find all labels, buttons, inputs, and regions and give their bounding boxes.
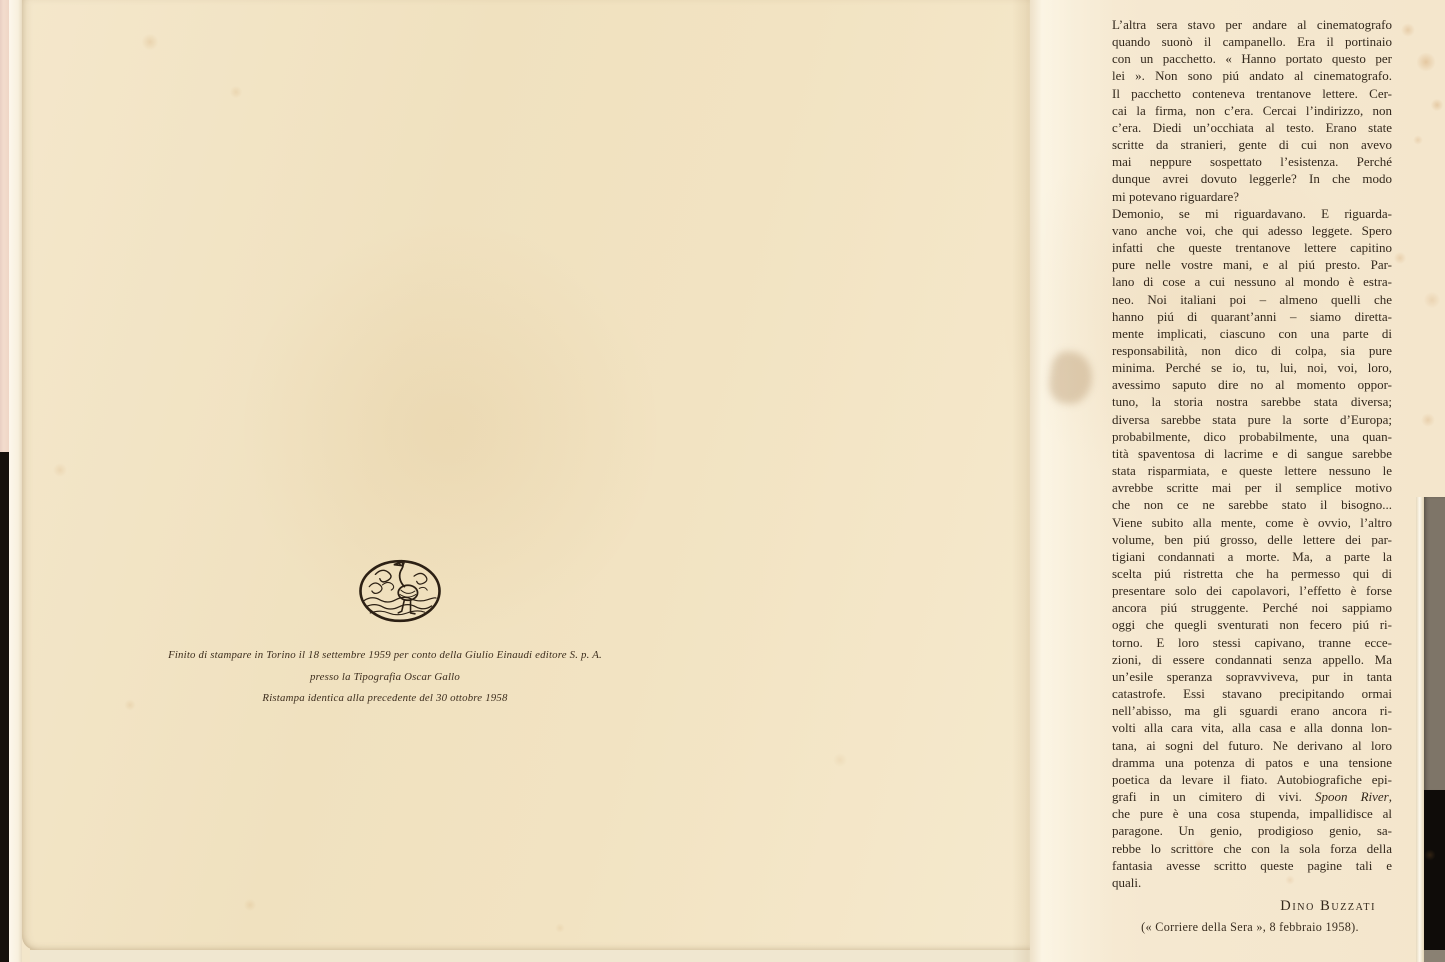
body-text-line: lei ». Non sono piú andato al cinematogr… [1112,67,1392,84]
colophon-line: Finito di stampare in Torino il 18 sette… [150,645,620,667]
body-text-line: nell’abisso, ma gli sguardi erano ancora… [1112,702,1392,719]
background-edge [0,452,9,962]
body-text-line: che non ce ne sarebbe stato il bisogno..… [1112,496,1392,513]
body-text-line: rebbe lo scrittore che con la sola forza… [1112,840,1392,857]
body-text-line: mi potevano riguardare? [1112,188,1392,205]
body-text-line: dramma una potenza di patos e una tensio… [1112,754,1392,771]
body-text-line: avessimo saputo dire no al momento oppor… [1112,376,1392,393]
body-text-line: probabilmente, dico probabilmente, una q… [1112,428,1392,445]
body-text-line: quando suonò il campanello. Era il porti… [1112,33,1392,50]
body-text-line: tana, ai sogni del futuro. Ne derivano a… [1112,737,1392,754]
body-text-line: oggi che quegli sventurati non fecero pi… [1112,616,1392,633]
body-text-line: paragone. Un genio, prodigioso genio, sa… [1112,822,1392,839]
body-text-line: tità spaventosa di lacrime e di sangue s… [1112,445,1392,462]
body-text-line: presentare solo dei capolavori, l’effett… [1112,582,1392,599]
body-text-line: quali. [1112,874,1392,891]
body-text-line: Viene subito alla mente, come è ovvio, l… [1112,514,1392,531]
body-text-line: mente implicati, ciascuno con una parte … [1112,325,1392,342]
flap-text-block: L’altra sera stavo per andare al cinemat… [1112,16,1392,891]
body-text-line: cai la firma, non c’era. Cercai l’indiri… [1112,102,1392,119]
body-text-line: diversa sarebbe stata pure la sorte d’Eu… [1112,411,1392,428]
book-cover-corner [1424,950,1445,962]
body-text-line: poetica da levare il fiato. Autobiografi… [1112,771,1392,788]
book-scan: Finito di stampare in Torino il 18 sette… [0,0,1445,962]
book-cover-black-edge [1424,790,1445,952]
colophon: Finito di stampare in Torino il 18 sette… [150,645,620,710]
body-text-line: un’esile speranza sopravviveva, pur in t… [1112,668,1392,685]
book-cover-gray-edge [1424,497,1445,792]
underlying-page-edge [30,948,1092,962]
body-text-line: Demonio, se mi riguardavano. E riguarda- [1112,205,1392,222]
body-text-line: neo. Noi italiani poi – almeno quelli ch… [1112,291,1392,308]
body-text-line: che pure è una cosa stupenda, impallidis… [1112,805,1392,822]
author-signature: Dino Buzzati [1112,898,1392,915]
body-text-line: hanno piú di quarant’anni – siamo dirett… [1112,308,1392,325]
body-text-line: L’altra sera stavo per andare al cinemat… [1112,16,1392,33]
body-text-line: torno. E loro stessi capivano, tranne ec… [1112,634,1392,651]
body-text-line: volti alla cara vita, alla casa e alla d… [1112,719,1392,736]
left-page [22,0,1030,950]
book-gutter [1012,0,1116,962]
body-text-line: minima. Perché se io, tu, lui, noi, voi,… [1112,359,1392,376]
body-text-line: pure nelle vostre mani, e al piú presto.… [1112,256,1392,273]
body-text-line: c’era. Diedi un’occhiata al testo. Erano… [1112,119,1392,136]
body-text-line: scritte da stranieri, gente di cui non a… [1112,136,1392,153]
body-text-line: dunque avrei dovuto leggerle? In che mod… [1112,170,1392,187]
jacket-flap-edge [1416,497,1424,962]
body-text-line: tigiani condannati a morte. Ma, a parte … [1112,548,1392,565]
body-text-line: con un pacchetto. « Hanno portato questo… [1112,50,1392,67]
body-text-line: stata risparmiata, e queste lettere ness… [1112,462,1392,479]
body-text-line: grafi in un cimitero di vivi. Spoon Rive… [1112,788,1392,805]
einaudi-ostrich-emblem-icon [356,555,444,627]
body-text-line: zioni, di essere condannati senza appell… [1112,651,1392,668]
body-text-line: ancora piú struggente. Perché noi sappia… [1112,599,1392,616]
body-text-line: avrebbe scritte mai per il semplice moti… [1112,479,1392,496]
body-text-line: lano di cose a cui nessuno al mondo è es… [1112,273,1392,290]
colophon-line: presso la Tipografia Oscar Gallo [150,667,620,689]
body-text-line: vano anche voi, che qui adesso leggete. … [1112,222,1392,239]
body-text-line: fantasia avesse scritto queste pagine ta… [1112,857,1392,874]
body-text-line: mai neppure sospettato l’esistenza. Perc… [1112,153,1392,170]
body-text-line: volume, ben piú grosso, delle lettere de… [1112,531,1392,548]
body-text-line: catastrofe. Essi stavano precipitando or… [1112,685,1392,702]
body-text-line: tuno, la storia nostra sarebbe stata div… [1112,393,1392,410]
page-fore-edge [9,0,22,962]
body-text-line: responsabilità, non dico di colpa, sia p… [1112,342,1392,359]
colophon-line: Ristampa identica alla precedente del 30… [150,688,620,710]
body-text-line: Il pacchetto conteneva trentanove letter… [1112,85,1392,102]
page-stack-edge-top [0,0,9,452]
body-text-line: infatti che queste trentanove lettere ca… [1112,239,1392,256]
body-text-line: scelta piú ristretta che ha permesso qui… [1112,565,1392,582]
source-citation: (« Corriere della Sera », 8 febbraio 195… [1100,920,1400,935]
